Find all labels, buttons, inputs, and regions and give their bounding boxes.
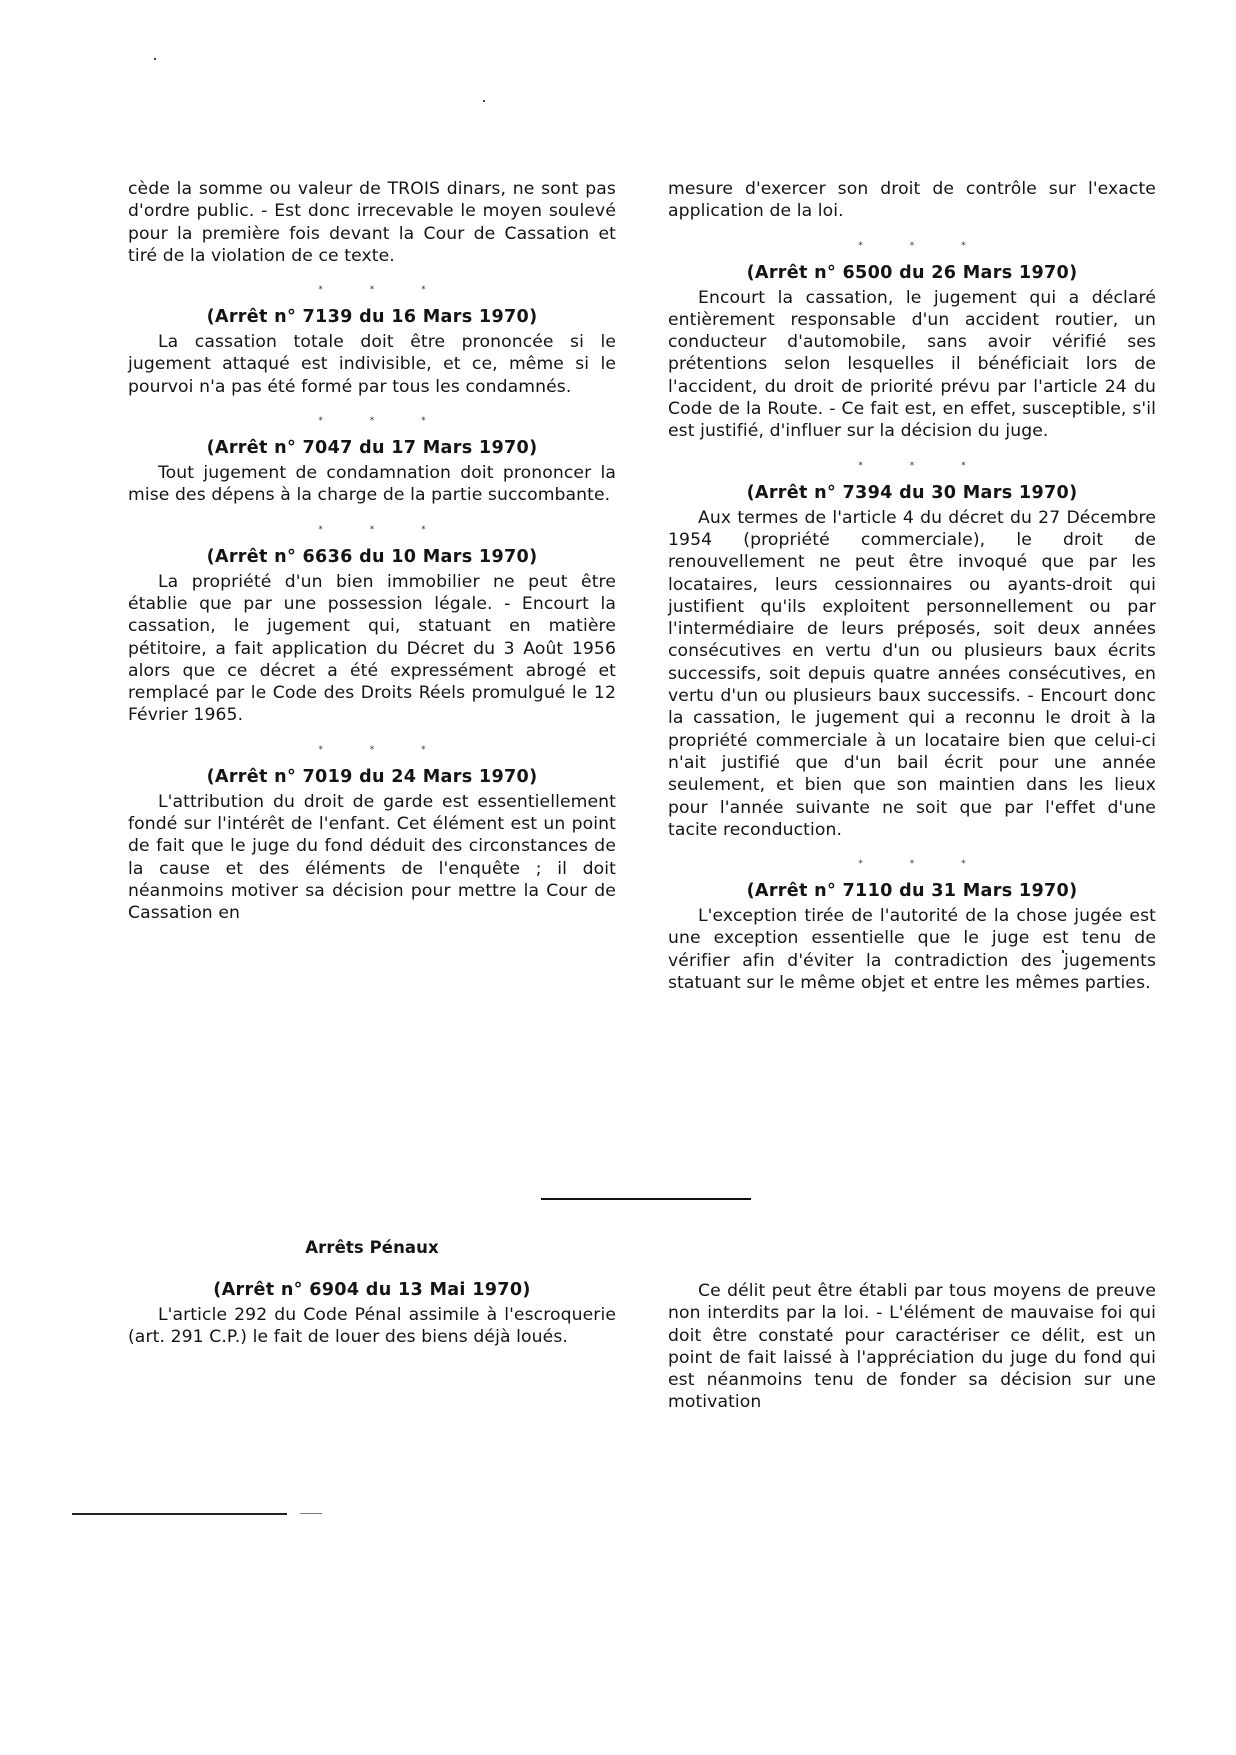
- ruling-text: L'attribution du droit de garde est esse…: [128, 791, 616, 925]
- ruling-text: L'exception tirée de l'autorité de la ch…: [668, 905, 1156, 994]
- ruling-text: La propriété d'un bien immobilier ne peu…: [128, 571, 616, 727]
- ruling-text: L'article 292 du Code Pénal assimile à l…: [128, 1304, 616, 1349]
- footnote-rule: [72, 1513, 287, 1515]
- left-column: cède la somme ou valeur de TROIS dinars,…: [128, 178, 616, 925]
- ruling-heading: (Arrêt n° 7139 du 16 Mars 1970): [128, 305, 616, 329]
- section-title: Arrêts Pénaux: [128, 1236, 616, 1260]
- section-divider-stars: * * *: [128, 410, 616, 432]
- footnote-rule-fragment: [300, 1513, 322, 1514]
- section-divider-stars: * * *: [668, 455, 1156, 477]
- section-divider-stars: * * *: [128, 739, 616, 761]
- section-divider-stars: * * *: [668, 235, 1156, 257]
- scan-speck: [154, 58, 156, 60]
- penal-section-left: Arrêts Pénaux (Arrêt n° 6904 du 13 Mai 1…: [128, 1236, 616, 1349]
- ruling-heading: (Arrêt n° 6636 du 10 Mars 1970): [128, 545, 616, 569]
- ruling-heading: (Arrêt n° 7110 du 31 Mars 1970): [668, 879, 1156, 903]
- right-continuation-text: mesure d'exercer son droit de contrôle s…: [668, 178, 1156, 223]
- ruling-text: Aux termes de l'article 4 du décret du 2…: [668, 507, 1156, 841]
- ruling-heading: (Arrêt n° 6500 du 26 Mars 1970): [668, 261, 1156, 285]
- ruling-heading: (Arrêt n° 7047 du 17 Mars 1970): [128, 436, 616, 460]
- section-divider-stars: * * *: [128, 279, 616, 301]
- ruling-text: Encourt la cassation, le jugement qui a …: [668, 287, 1156, 443]
- ruling-text: La cassation totale doit être prononcée …: [128, 331, 616, 398]
- ruling-heading: (Arrêt n° 6904 du 13 Mai 1970): [128, 1278, 616, 1302]
- ruling-heading: (Arrêt n° 7019 du 24 Mars 1970): [128, 765, 616, 789]
- section-separator-rule: [541, 1198, 751, 1200]
- ruling-continuation-text: Ce délit peut être établi par tous moyen…: [668, 1280, 1156, 1414]
- scan-speck: [483, 100, 485, 102]
- ruling-text: Tout jugement de condamnation doit prono…: [128, 462, 616, 507]
- penal-section-right: Ce délit peut être établi par tous moyen…: [668, 1280, 1156, 1414]
- left-continuation-text: cède la somme ou valeur de TROIS dinars,…: [128, 178, 616, 267]
- ruling-heading: (Arrêt n° 7394 du 30 Mars 1970): [668, 481, 1156, 505]
- section-divider-stars: * * *: [128, 519, 616, 541]
- right-column: mesure d'exercer son droit de contrôle s…: [668, 178, 1156, 994]
- section-divider-stars: * * *: [668, 853, 1156, 875]
